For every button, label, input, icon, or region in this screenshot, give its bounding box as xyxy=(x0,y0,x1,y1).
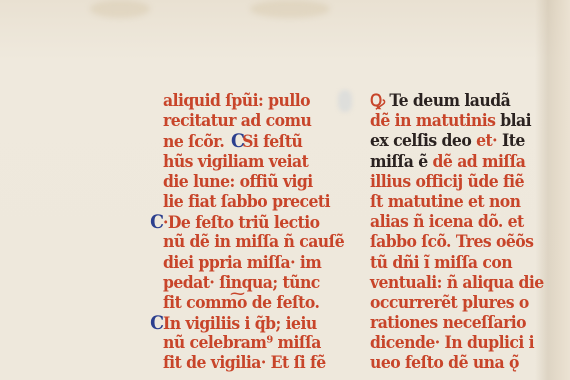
text-segment: ex celſis deo xyxy=(370,131,476,151)
text-segment: dẽ in matutinis xyxy=(370,111,500,131)
page-stain xyxy=(90,0,150,18)
text-line: ſt matutine et non xyxy=(370,192,554,212)
text-segment: miſſa ẽ xyxy=(370,152,433,172)
text-segment: Ite xyxy=(502,131,525,151)
text-segment: Si feſtũ xyxy=(242,132,302,152)
text-line: recitatur ad comu xyxy=(163,111,333,131)
text-segment: blai xyxy=(500,111,531,131)
text-line: diei ppria miſſa· im xyxy=(163,253,333,273)
text-line: ſabbo ſcõ. Tres oẽõs xyxy=(370,232,554,252)
paragraph-mark-blue: C xyxy=(150,212,163,232)
text-line: hũs vigiliam veiat xyxy=(163,152,333,172)
left-text-column: aliquid ſpũi: pullo recitatur ad comu ne… xyxy=(163,91,333,374)
paragraph-mark-blue: C xyxy=(150,313,163,333)
text-line: die lune: offiũ vigi xyxy=(163,172,333,192)
text-line: ventuali: ñ aliqua die xyxy=(370,273,554,293)
text-line: Ꝙ Te deum laudã xyxy=(370,91,554,111)
text-line: pedat· ſinqua; tũnc xyxy=(163,273,333,293)
text-segment: dẽ ad miſſa xyxy=(433,152,526,172)
text-line: C·De feſto triũ lectio xyxy=(163,212,333,232)
faint-offset-mark xyxy=(338,90,352,112)
rubric-mark: Ꝙ xyxy=(370,91,389,111)
text-segment: In vigiliis i q̃b; ieiu xyxy=(163,314,317,334)
right-text-column: Ꝙ Te deum laudã dẽ in matutinis blai ex … xyxy=(370,91,554,374)
text-segment: Te deum laudã xyxy=(389,91,510,111)
text-line: occurrerẽt plures o xyxy=(370,293,554,313)
text-segment: et· xyxy=(476,131,502,151)
text-line: ueo feſto dẽ una ǫ̃ xyxy=(370,353,554,373)
text-line: CIn vigiliis i q̃b; ieiu xyxy=(163,313,333,333)
text-line: rationes neceſſario xyxy=(370,313,554,333)
text-line: ex celſis deo et· Ite xyxy=(370,131,554,151)
text-line: miſſa ẽ dẽ ad miſſa xyxy=(370,152,554,172)
text-line: nũ dẽ in miſſa ñ cauſẽ xyxy=(163,232,333,252)
text-line: fit comm͠o de feſto. xyxy=(163,293,333,313)
parchment-page: aliquid ſpũi: pullo recitatur ad comu ne… xyxy=(0,0,570,380)
text-line: aliquid ſpũi: pullo xyxy=(163,91,333,111)
text-segment: ·De feſto triũ lectio xyxy=(163,213,320,233)
text-line: illius officij ũde fiẽ xyxy=(370,172,554,192)
paragraph-mark-blue: C xyxy=(231,131,242,151)
text-line: alias ñ icena dõ. et xyxy=(370,212,554,232)
text-line: dẽ in matutinis blai xyxy=(370,111,554,131)
text-segment: ne ſcõr. xyxy=(163,132,224,152)
text-line: lie fiat ſabbo preceti xyxy=(163,192,333,212)
text-line: fit de vigilia· Et ſi fẽ xyxy=(163,353,333,373)
text-line: ne ſcõr. CSi feſtũ xyxy=(163,131,333,151)
text-line: dicende· In duplici i xyxy=(370,333,554,353)
text-line: tũ dñi ĩ miſſa con xyxy=(370,253,554,273)
page-stain xyxy=(250,0,330,18)
text-line: nũ celebram⁹ miſſa xyxy=(163,333,333,353)
